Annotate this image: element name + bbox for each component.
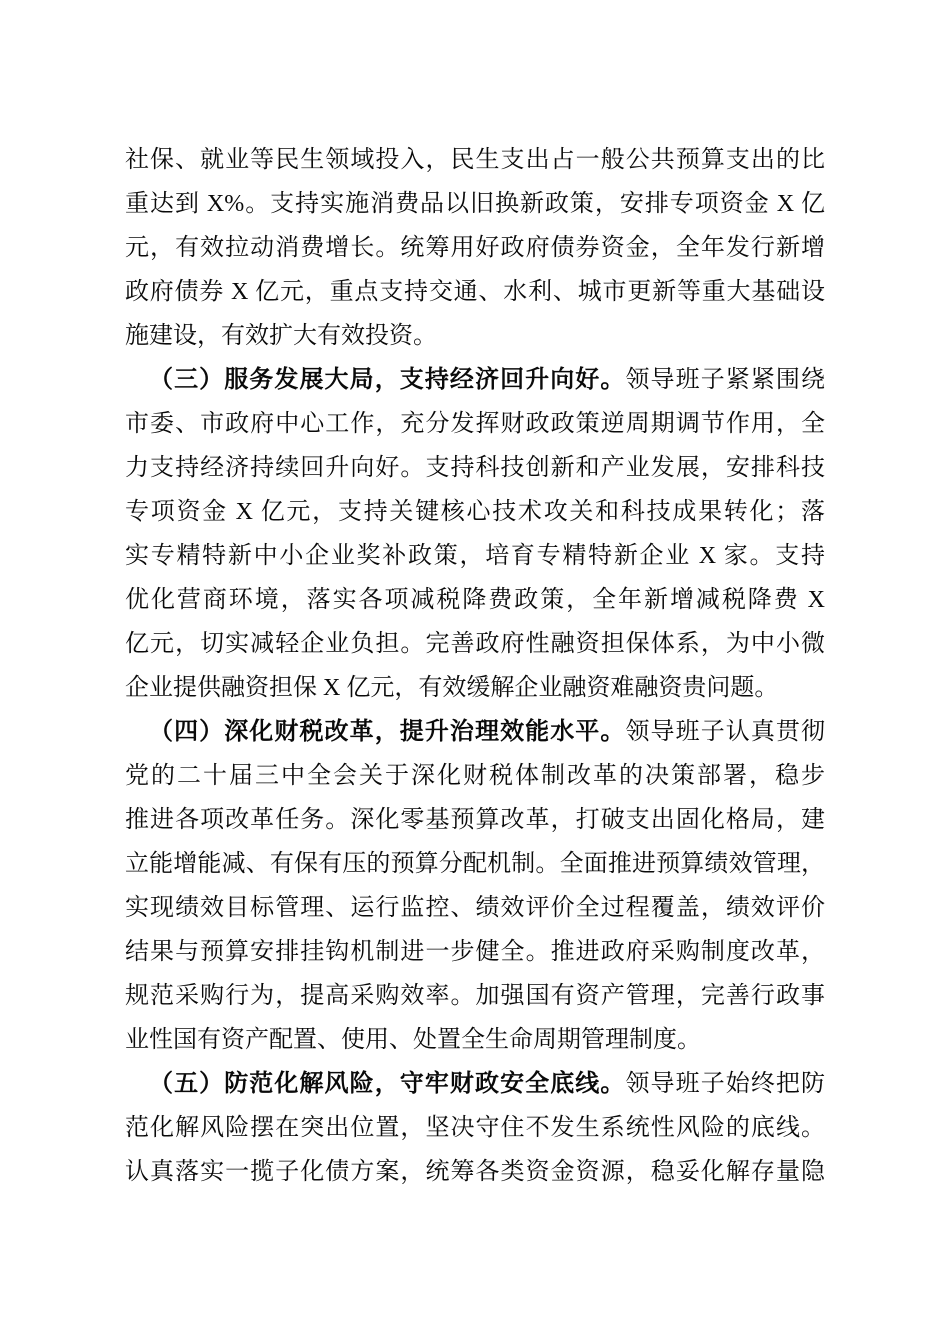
text-line: （五）防范化解风险，守牢财政安全底线。领导班子始终把防 [125,1062,825,1106]
text-segment: 力支持经济持续回升向好。支持科技创新和产业发展，安排科技 [125,455,825,481]
text-line: 推进各项改革任务。深化零基预算改革，打破支出固化格局，建 [125,798,825,842]
text-line: 力支持经济持续回升向好。支持科技创新和产业发展，安排科技 [125,446,825,490]
text-line: （三）服务发展大局，支持经济回升向好。领导班子紧紧围绕 [125,358,825,402]
text-line: 专项资金 X 亿元，支持关键核心技术攻关和科技成果转化；落 [125,490,825,534]
text-line: 立能增能减、有保有压的预算分配机制。全面推进预算绩效管理， [125,842,825,886]
text-segment: 市委、市政府中心工作，充分发挥财政政策逆周期调节作用，全 [125,411,825,437]
text-segment: 领导班子始终把防 [625,1071,825,1097]
paragraph: （三）服务发展大局，支持经济回升向好。领导班子紧紧围绕市委、市政府中心工作，充分… [125,358,825,710]
text-segment: 政府债券 X 亿元，重点支持交通、水利、城市更新等重大基础设 [125,279,825,305]
text-segment: 结果与预算安排挂钩机制进一步健全。推进政府采购制度改革， [125,939,825,965]
paragraph: （四）深化财税改革，提升治理效能水平。领导班子认真贯彻党的二十届三中全会关于深化… [125,710,825,1062]
text-line: 重达到 X%。支持实施消费品以旧换新政策，安排专项资金 X 亿 [125,182,825,226]
paragraph-heading: （五）防范化解风险，守牢财政安全底线。 [149,1071,625,1097]
text-line: 亿元，切实减轻企业负担。完善政府性融资担保体系，为中小微 [125,622,825,666]
text-segment: 专项资金 X 亿元，支持关键核心技术攻关和科技成果转化；落 [125,499,825,525]
text-line: 认真落实一揽子化债方案，统筹各类资金资源，稳妥化解存量隐 [125,1150,825,1194]
text-block: 社保、就业等民生领域投入，民生支出占一般公共预算支出的比重达到 X%。支持实施消… [125,138,825,1194]
text-segment: 党的二十届三中全会关于深化财税体制改革的决策部署，稳步 [125,763,825,789]
text-segment: 范化解风险摆在突出位置，坚决守住不发生系统性风险的底线。 [125,1115,825,1141]
text-line: 结果与预算安排挂钩机制进一步健全。推进政府采购制度改革， [125,930,825,974]
text-segment: 优化营商环境，落实各项减税降费政策，全年新增减税降费 X [125,587,825,613]
text-segment: 社保、就业等民生领域投入，民生支出占一般公共预算支出的比 [125,147,825,173]
document-page: 社保、就业等民生领域投入，民生支出占一般公共预算支出的比重达到 X%。支持实施消… [0,0,950,1344]
text-line: 市委、市政府中心工作，充分发挥财政政策逆周期调节作用，全 [125,402,825,446]
text-segment: 推进各项改革任务。深化零基预算改革，打破支出固化格局，建 [125,807,825,833]
text-line: 党的二十届三中全会关于深化财税体制改革的决策部署，稳步 [125,754,825,798]
text-segment: 元，有效拉动消费增长。统筹用好政府债券资金，全年发行新增 [125,235,825,261]
text-segment: 领导班子紧紧围绕 [625,367,825,393]
text-line: 范化解风险摆在突出位置，坚决守住不发生系统性风险的底线。 [125,1106,825,1150]
text-segment: 实专精特新中小企业奖补政策，培育专精特新企业 X 家。支持 [125,543,825,569]
text-segment: 实现绩效目标管理、运行监控、绩效评价全过程覆盖，绩效评价 [125,895,825,921]
text-segment: 规范采购行为，提高采购效率。加强国有资产管理，完善行政事 [125,983,825,1009]
text-line: 施建设，有效扩大有效投资。 [125,314,825,358]
text-line: 业性国有资产配置、使用、处置全生命周期管理制度。 [125,1018,825,1062]
text-line: 规范采购行为，提高采购效率。加强国有资产管理，完善行政事 [125,974,825,1018]
text-segment: 业性国有资产配置、使用、处置全生命周期管理制度。 [125,1027,701,1053]
text-line: （四）深化财税改革，提升治理效能水平。领导班子认真贯彻 [125,710,825,754]
text-segment: 认真落实一揽子化债方案，统筹各类资金资源，稳妥化解存量隐 [125,1159,825,1185]
text-line: 元，有效拉动消费增长。统筹用好政府债券资金，全年发行新增 [125,226,825,270]
text-segment: 施建设，有效扩大有效投资。 [125,323,437,349]
text-line: 实现绩效目标管理、运行监控、绩效评价全过程覆盖，绩效评价 [125,886,825,930]
paragraph-heading: （四）深化财税改革，提升治理效能水平。 [149,719,625,745]
text-segment: 亿元，切实减轻企业负担。完善政府性融资担保体系，为中小微 [125,631,825,657]
text-line: 企业提供融资担保 X 亿元，有效缓解企业融资难融资贵问题。 [125,666,825,710]
text-line: 社保、就业等民生领域投入，民生支出占一般公共预算支出的比 [125,138,825,182]
text-segment: 领导班子认真贯彻 [625,719,825,745]
paragraph-heading: （三）服务发展大局，支持经济回升向好。 [149,367,625,393]
text-line: 优化营商环境，落实各项减税降费政策，全年新增减税降费 X [125,578,825,622]
text-segment: 企业提供融资担保 X 亿元，有效缓解企业融资难融资贵问题。 [125,675,778,701]
text-line: 实专精特新中小企业奖补政策，培育专精特新企业 X 家。支持 [125,534,825,578]
text-line: 政府债券 X 亿元，重点支持交通、水利、城市更新等重大基础设 [125,270,825,314]
text-segment: 重达到 X%。支持实施消费品以旧换新政策，安排专项资金 X 亿 [125,191,825,217]
paragraph: （五）防范化解风险，守牢财政安全底线。领导班子始终把防范化解风险摆在突出位置，坚… [125,1062,825,1194]
text-segment: 立能增能减、有保有压的预算分配机制。全面推进预算绩效管理， [125,851,825,877]
paragraph: 社保、就业等民生领域投入，民生支出占一般公共预算支出的比重达到 X%。支持实施消… [125,138,825,358]
